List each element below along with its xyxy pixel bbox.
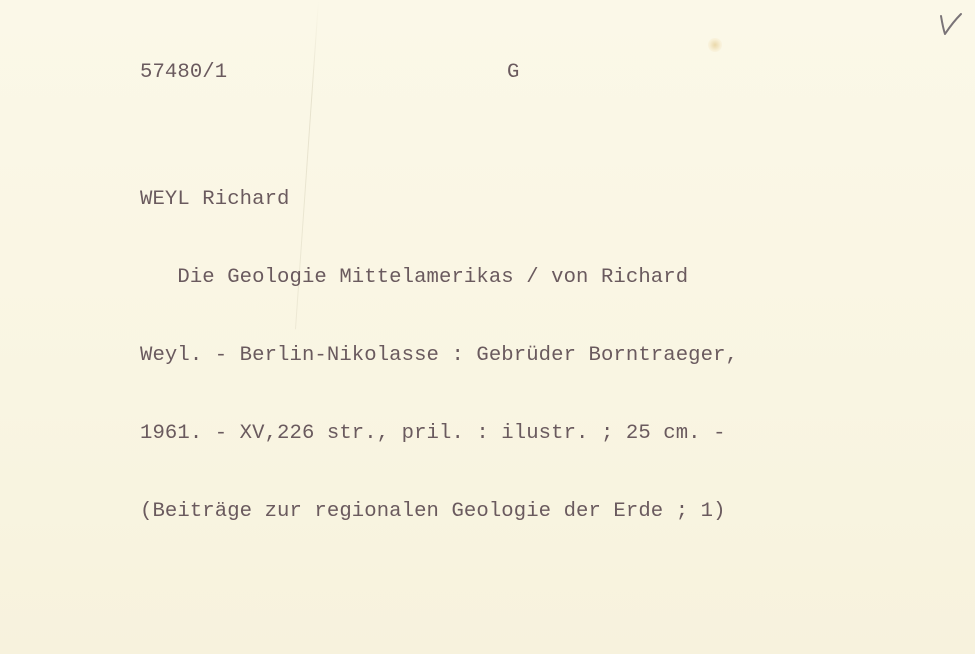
accession-number: 57480/1 [140,60,227,86]
physical-description-line: 1961. - XV,226 str., pril. : ilustr. ; 2… [140,421,738,447]
author-heading: WEYL Richard [140,187,738,213]
handwritten-check-icon [937,10,963,38]
publication-line: Weyl. - Berlin-Nikolasse : Gebrüder Born… [140,343,738,369]
series-line: (Beiträge zur regionalen Geologie der Er… [140,499,738,525]
bibliographic-entry: WEYL Richard Die Geologie Mittelamerikas… [140,135,738,577]
catalog-card: 57480/1 G WEYL Richard Die Geologie Mitt… [0,0,975,654]
paper-stain [708,38,722,52]
title-line: Die Geologie Mittelamerikas / von Richar… [140,265,738,291]
classification-mark: G [507,60,519,86]
